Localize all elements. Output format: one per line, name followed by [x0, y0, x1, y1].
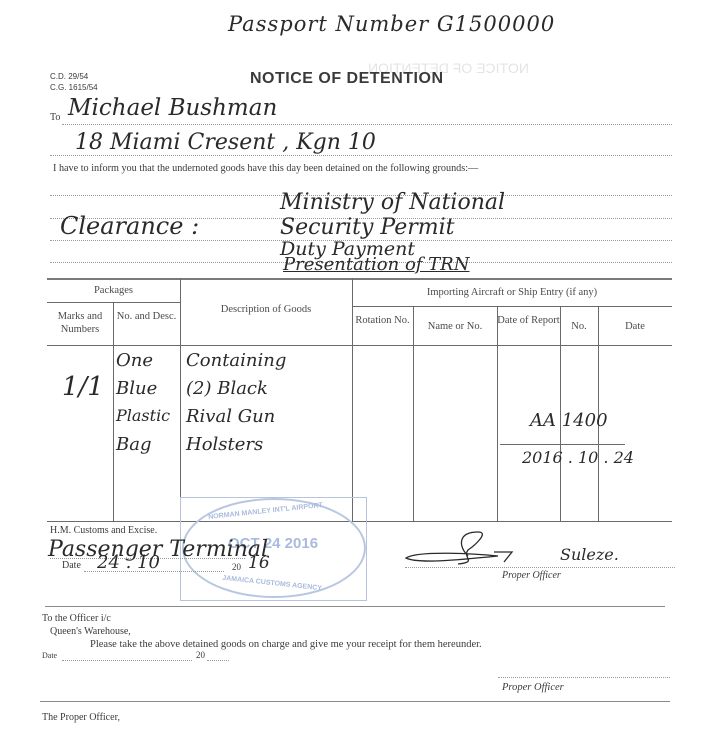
warehouse-officer-label: Proper Officer — [502, 682, 564, 693]
header-importing: Importing Aircraft or Ship Entry (if any… — [352, 286, 672, 299]
footer-addressee: The Proper Officer, — [42, 712, 120, 723]
passport-number-note: Passport Number G1500000 — [228, 12, 555, 36]
customs-officer-label: Proper Officer — [502, 570, 561, 581]
header-rotation: Rotation No. — [352, 314, 413, 327]
address-line — [50, 155, 672, 156]
customs-office-label: H.M. Customs and Excise. — [50, 525, 157, 536]
col-divider-rotation — [413, 306, 414, 521]
grounds-reason-prefix: Clearance : — [60, 212, 199, 240]
cell-description-3: Rival Gun — [186, 406, 275, 427]
warehouse-signature-line — [498, 677, 670, 678]
cell-no-desc-1: One — [116, 350, 153, 371]
header-description: Description of Goods — [180, 303, 352, 316]
header-date: Date — [598, 320, 672, 333]
cell-description-4: Holsters — [186, 434, 263, 455]
customs-date-year: 16 — [248, 553, 270, 573]
cell-description-1: Containing — [186, 350, 286, 371]
warehouse-date-label: Date — [42, 651, 57, 660]
header-name-no: Name or No. — [413, 320, 497, 333]
page-title: NOTICE OF DETENTION — [250, 70, 444, 88]
cell-no-desc-4: Bag — [116, 434, 151, 455]
col-divider-name — [497, 306, 498, 521]
cell-no-desc-3: Plastic — [116, 406, 170, 425]
customs-date-label: Date — [62, 560, 81, 571]
form-code-1: C.D. 29/54 — [50, 72, 88, 81]
grounds-intro: I have to inform you that the undernoted… — [53, 163, 478, 174]
header-no-desc: No. and Desc. — [113, 310, 180, 323]
officer-signature-line — [405, 567, 675, 568]
table-header-bottom — [47, 345, 672, 346]
grounds-line-text-4: Presentation of TRN — [283, 254, 470, 275]
col-divider-marks — [113, 302, 114, 521]
header-packages: Packages — [47, 284, 180, 297]
officer-signature-icon — [398, 528, 548, 570]
recipient-name: Michael Bushman — [68, 95, 277, 121]
warehouse-year-line — [207, 660, 229, 661]
warehouse-name: Queen's Warehouse, — [50, 626, 131, 637]
warehouse-date-line — [62, 660, 192, 661]
table-top-border — [47, 278, 672, 280]
table-importing-split — [352, 306, 672, 307]
warehouse-instruction: Please take the above detained goods on … — [90, 639, 482, 650]
customs-date-year-prefix: 20 — [232, 562, 241, 572]
cell-no-desc-2: Blue — [116, 378, 157, 399]
form-code-2: C.G. 1615/54 — [50, 83, 98, 92]
grounds-line-text-2: Security Permit — [280, 215, 455, 240]
section-divider-2 — [40, 701, 670, 702]
to-line — [62, 124, 672, 125]
header-marks: Marks and Numbers — [47, 310, 113, 336]
header-no: No. — [560, 320, 598, 333]
grounds-line-text-1: Ministry of National — [280, 190, 505, 215]
date-report-split — [500, 444, 625, 445]
officer-signature: Suleze. — [560, 545, 619, 564]
warehouse-year-prefix: 20 — [196, 650, 205, 660]
cell-marks: 1/1 — [62, 372, 104, 402]
to-label: To — [50, 112, 60, 123]
cell-report-date: 2016 . 10 . 24 — [522, 448, 634, 467]
warehouse-to-label: To the Officer i/c — [42, 613, 111, 624]
recipient-address: 18 Miami Cresent , Kgn 10 — [75, 130, 376, 155]
header-date-report: Date of Report — [497, 314, 560, 327]
customs-date-value: 24 . 10 — [97, 552, 160, 573]
cell-flight-number: AA 1400 — [530, 410, 608, 431]
section-divider-1 — [45, 606, 665, 607]
cell-description-2: (2) Black — [186, 378, 268, 399]
